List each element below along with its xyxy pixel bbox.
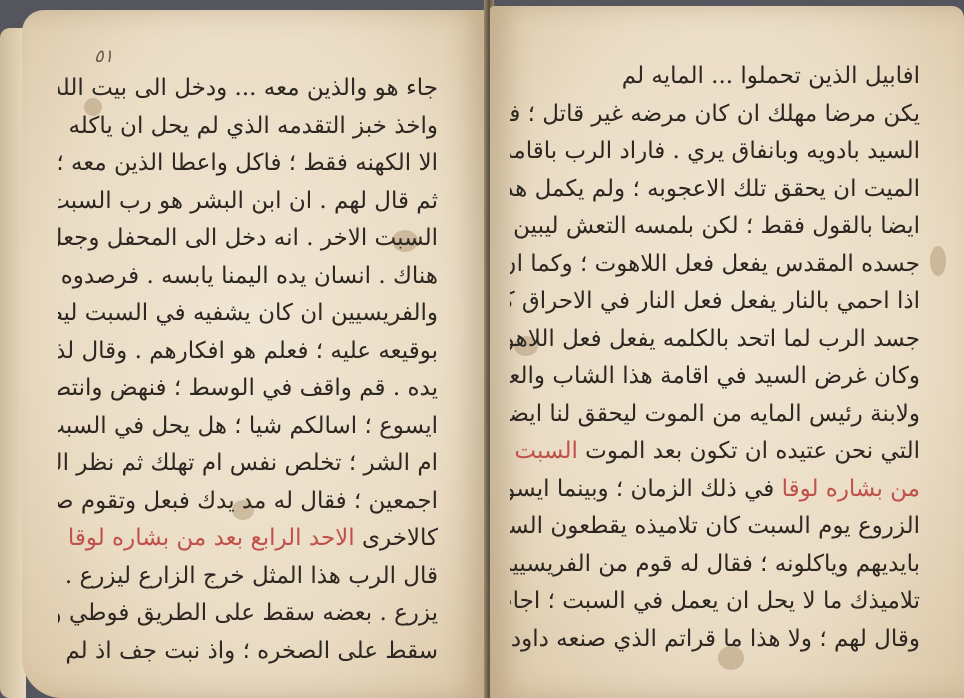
manuscript-line: بوقيعه عليه ؛ فعلم هو افكارهم . وقال لذل… [58,333,438,371]
manuscript-line: ايضا بالقول فقط ؛ لكن بلمسه التعش ليبين … [510,208,920,246]
manuscript-line: الميت ان يحقق تلك الاعجوبه ؛ ولم يكمل هذ… [510,171,920,209]
manuscript-line: بايديهم وياكلونه ؛ فقال له قوم من الفريس… [510,546,920,584]
rubric-line: كالاخرى الاحد الرابع بعد من بشاره لوقا [58,520,438,558]
left-page-text: جاء هو والذين معه ... ودخل الى بيت الله … [58,70,438,670]
manuscript-line: واخذ خبز التقدمه الذي لم يحل ان ياكله [58,108,438,146]
manuscript-line: جسده المقدس يفعل فعل اللاهوت ؛ وكما ان ا… [510,246,920,284]
manuscript-line: يده . قم واقف في الوسط ؛ فنهض وانتصب فقا… [58,370,438,408]
manuscript-line: يكن مرضا مهلك ان كان مرضه غير قاتل ؛ فشف… [510,96,920,134]
manuscript-line: افابيل الذين تحملوا ... المايه لم [510,58,920,96]
manuscript-line: جاء هو والذين معه ... ودخل الى بيت الله [58,70,438,108]
manuscript-line: ولابنة رئيس المايه من الموت ليحقق لنا اي… [510,396,920,434]
manuscript-line: اذا احمي بالنار يفعل فعل النار في الاحرا… [510,283,920,321]
manuscript-line: والفريسيين ان كان يشفيه في السبت ليظفروا [58,295,438,333]
manuscript-line: كالاخرى [362,525,438,551]
manuscript-line: السبت الاخر . انه دخل الى المحفل وجعل يع… [58,220,438,258]
rubric-heading: الاحد الرابع بعد من بشاره لوقا [68,525,355,551]
manuscript-line: جسد الرب لما اتحد بالكلمه يفعل فعل اللاه… [510,321,920,359]
manuscript-line: التي نحن عتيده ان تكون بعد الموت [585,438,920,464]
manuscript-line: سقط على الصخره ؛ واذ نبت جف اذ لم يكن له… [58,633,438,671]
manuscript-line: قال الرب هذا المثل خرج الزارع ليزرع . وع… [58,558,438,596]
left-page: ٥١ جاء هو والذين معه ... ودخل الى بيت ال… [22,10,488,698]
ink-stain [930,246,946,276]
manuscript-line: ام الشر ؛ تخلص نفس ام تهلك ثم نظر اليهم … [58,445,438,483]
right-page: افابيل الذين تحملوا ... المايه لم يكن مر… [490,6,964,698]
rubric-line: التي نحن عتيده ان تكون بعد الموت السبت ا… [510,433,920,471]
manuscript-line: تلاميذك ما لا يحل ان يعمل في السبت ؛ اجا… [510,583,920,621]
manuscript-line: اجمعين ؛ فقال له مد يدك فبعل وتقوم صحيحه [58,483,438,521]
manuscript-line: ايسوع ؛ اسالكم شيا ؛ هل يحل في السبت ان … [58,408,438,446]
right-page-text: افابيل الذين تحملوا ... المايه لم يكن مر… [510,58,920,658]
manuscript-line: في ذلك الزمان ؛ وبينما ايسوع يمشي بين [510,476,774,502]
manuscript-line: وقال لهم ؛ ولا هذا ما قراتم الذي صنعه دا… [510,621,920,659]
manuscript-line: ثم قال لهم . ان ابن البشر هو رب السبت . … [58,183,438,221]
rubric-heading: السبت الرابع [510,438,578,464]
rubric-heading: من بشاره لوقا [782,476,920,502]
manuscript-line: وكان غرض السيد في اقامة هذا الشاب والعاز… [510,358,920,396]
manuscript-line: الا الكهنه فقط ؛ فاكل واعطا الذين معه ؛ [58,145,438,183]
manuscript-line: السيد بادويه وبانفاق يري . فاراد الرب با… [510,133,920,171]
manuscript-line: هناك . انسان يده اليمنا يابسه . فرصدوه ا… [58,258,438,296]
rubric-line: من بشاره لوقا في ذلك الزمان ؛ وبينما ايس… [510,471,920,509]
manuscript-line: يزرع . بعضه سقط على الطريق فوطي واكله طي… [58,595,438,633]
manuscript-line: الزروع يوم السبت كان تلاميذه يقطعون السن… [510,508,920,546]
folio-number: ٥١ [94,46,113,67]
